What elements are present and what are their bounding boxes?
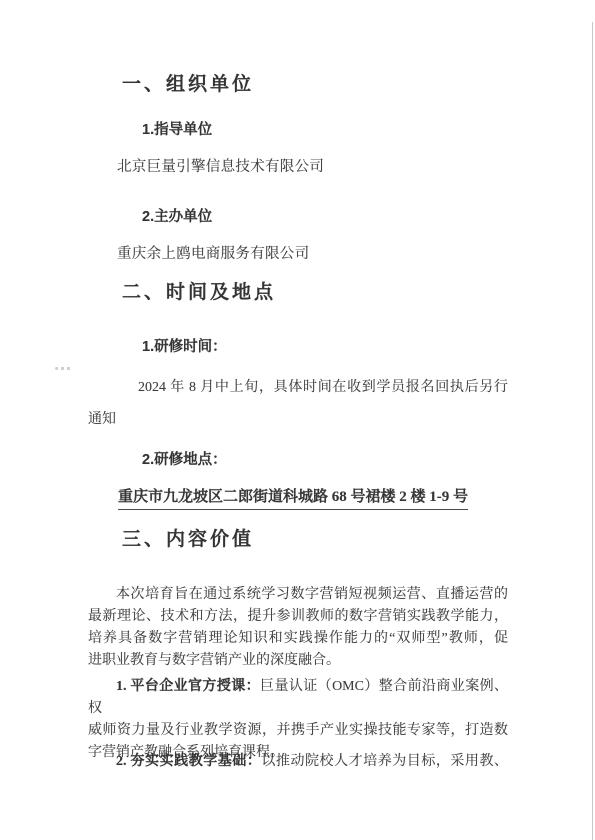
paragraph-line: 威师资力量及行业教学资源，并携手产业实操技能专家等，打造数	[88, 720, 508, 742]
paragraph-line: 2024 年 8 月中上旬，具体时间在收到学员报名回执后另行	[88, 372, 508, 404]
text-run: 本次培育旨在通过系统学习数字营销短视频运营、直播运营的	[116, 587, 508, 602]
section-heading-3: 三、内容价值	[122, 528, 254, 552]
text-run: 以推动院校人才培养为目标，采用教、	[261, 754, 508, 769]
section-heading-2: 二、时间及地点	[122, 281, 276, 305]
scan-edge-artifact	[592, 22, 593, 840]
text-run: 培养具备数字营销理论知识和实践操作能力的“双师型”教师，促	[88, 631, 508, 646]
text-run: 2024 年 8 月中上旬，具体时间在收到学员报名回执后另行	[138, 380, 508, 395]
paragraph-line: 1. 平台企业官方授课：巨量认证（OMC）整合前沿商业案例、权	[88, 676, 508, 720]
document-page: 一、组织单位1.指导单位北京巨量引擎信息技术有限公司2.主办单位重庆余上鸥电商服…	[0, 0, 595, 840]
paragraph-line: 通知	[88, 404, 508, 436]
guiding-unit-name: 北京巨量引擎信息技术有限公司	[117, 157, 324, 177]
bold-lead-text: 1. 平台企业官方授课：	[116, 679, 260, 694]
paragraph-line: 本次培育旨在通过系统学习数字营销短视频运营、直播运营的	[88, 584, 508, 606]
training-time-paragraph: 2024 年 8 月中上旬，具体时间在收到学员报名回执后另行通知	[88, 372, 508, 436]
sub-heading-guiding-unit: 1.指导单位	[142, 120, 212, 140]
sub-heading-training-time: 1.研修时间：	[142, 337, 227, 357]
text-run: 最新理论、技术和方法，提升参训教师的数字营销实践教学能力，	[88, 609, 508, 624]
paragraph-line: 2. 夯实实践教学基础：以推动院校人才培养为目标，采用教、	[88, 751, 508, 773]
underlined-address-text: 重庆市九龙坡区二郎街道科城路 68 号裙楼 2 楼 1-9 号	[118, 487, 468, 510]
text-run: 进职业教育与数字营销产业的深度融合。	[88, 653, 340, 668]
text-run: 威师资力量及行业教学资源，并携手产业实操技能专家等，打造数	[88, 723, 508, 738]
paragraph-line: 培养具备数字营销理论知识和实践操作能力的“双师型”教师，促	[88, 628, 508, 650]
bold-lead-text: 2. 夯实实践教学基础：	[116, 754, 261, 769]
content-value-intro-paragraph: 本次培育旨在通过系统学习数字营销短视频运营、直播运营的最新理论、技术和方法，提升…	[88, 584, 508, 672]
sub-heading-training-place: 2.研修地点：	[142, 450, 227, 470]
sub-heading-host-unit: 2.主办单位	[142, 207, 212, 227]
section-heading-1: 一、组织单位	[122, 73, 254, 97]
training-address: 重庆市九龙坡区二郎街道科城路 68 号裙楼 2 楼 1-9 号	[118, 487, 468, 510]
content-value-item-2: 2. 夯实实践教学基础：以推动院校人才培养为目标，采用教、	[88, 751, 508, 773]
text-run: 通知	[88, 412, 116, 427]
paragraph-line: 进职业教育与数字营销产业的深度融合。	[88, 650, 508, 672]
host-unit-name: 重庆余上鸥电商服务有限公司	[117, 244, 309, 264]
paragraph-line: 最新理论、技术和方法，提升参训教师的数字营销实践教学能力，	[88, 606, 508, 628]
scan-smudge-artifact	[55, 367, 71, 370]
